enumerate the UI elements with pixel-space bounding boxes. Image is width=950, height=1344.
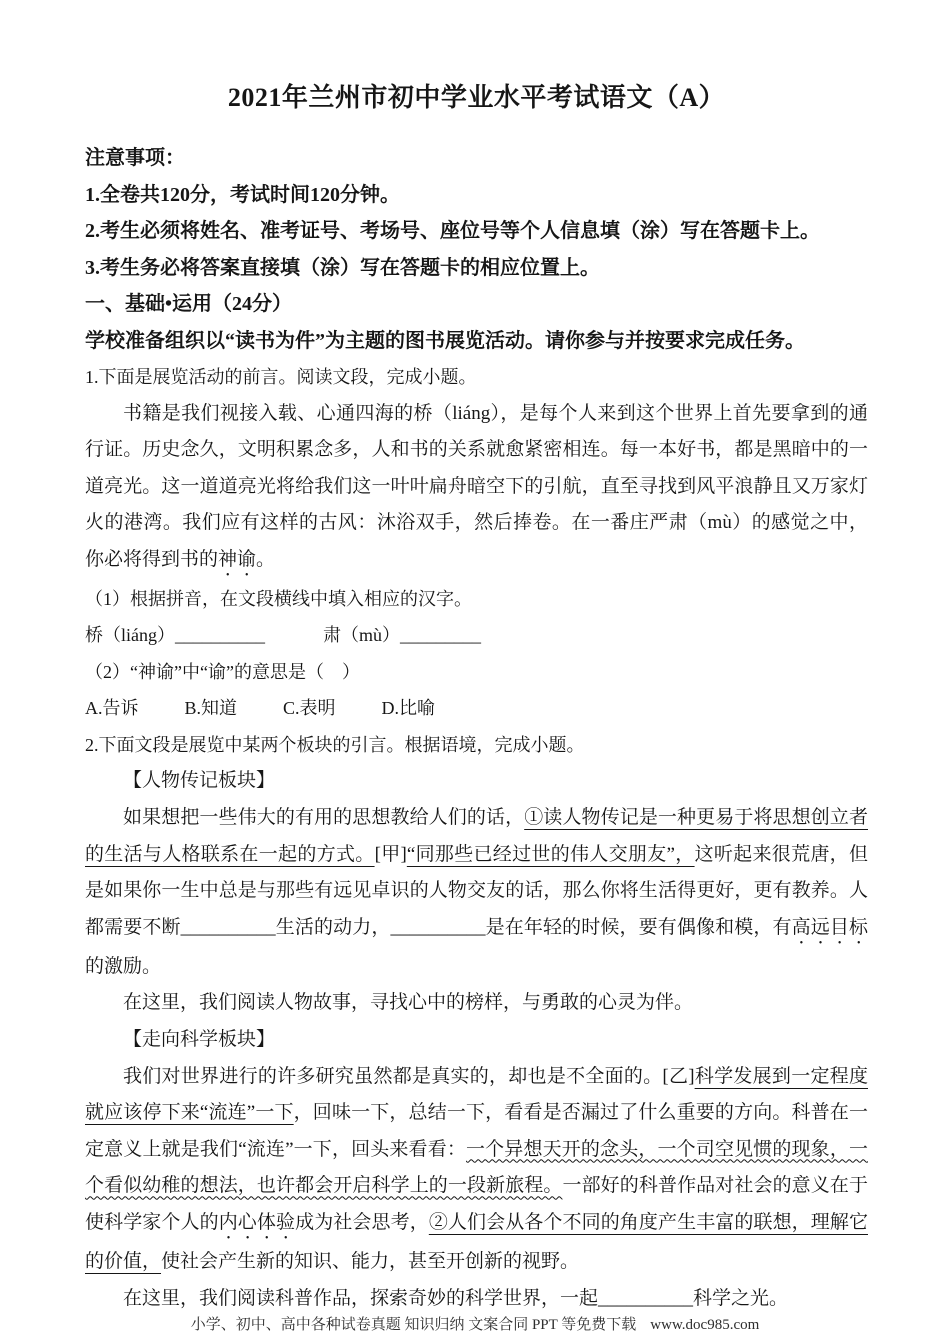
science-block-heading: 【走向科学板块】 — [85, 1022, 868, 1059]
question-1-lead: 1.下面是展览活动的前言。阅读文段，完成小题。 — [85, 359, 868, 396]
science-paragraph: 我们对世界进行的许多研究虽然都是真实的，却也是不全面的。[乙]科学发展到一定程度… — [85, 1059, 868, 1281]
section-heading: 一、基础•运用（24分） — [85, 286, 868, 323]
document-content: 2021年兰州市初中学业水平考试语文（A） 注意事项： 1.全卷共120分，考试… — [0, 0, 950, 1317]
science-closing: 在这里，我们阅读科普作品，探索奇妙的科学世界，一起__________科学之光。 — [85, 1281, 868, 1318]
option-c: C.表明 — [283, 690, 336, 727]
notice-heading: 注意事项： — [85, 140, 868, 177]
task-intro: 学校准备组织以“读书为件”为主题的图书展览活动。请你参与并按要求完成任务。 — [85, 323, 868, 360]
pinyin-blank-su: 肃（mù）_________ — [323, 617, 481, 654]
notice-item-1: 1.全卷共120分，考试时间120分钟。 — [85, 177, 868, 214]
option-b: B.知道 — [185, 690, 238, 727]
biography-closing: 在这里，我们阅读人物故事，寻找心中的榜样，与勇敢的心灵为伴。 — [85, 985, 868, 1022]
footer-text: 小学、初中、高中各种试卷真题 知识归纳 文案合同 PPT 等免费下载 — [191, 1317, 637, 1333]
footer-url: www.doc985.com — [650, 1317, 759, 1333]
exam-document-page: 2021年兰州市初中学业水平考试语文（A） 注意事项： 1.全卷共120分，考试… — [0, 0, 950, 1344]
sub-question-1-lead: （1）根据拼音，在文段横线中填入相应的汉字。 — [85, 581, 868, 618]
biography-block-heading: 【人物传记板块】 — [85, 763, 868, 800]
sub-question-2-lead: （2）“神谕”中“谕”的意思是（ ） — [85, 654, 868, 691]
option-d: D.比喻 — [382, 690, 436, 727]
biography-paragraph: 如果想把一些伟大的有用的思想教给人们的话，①读人物传记是一种更易于将思想创立者的… — [85, 800, 868, 985]
notice-item-3: 3.考生务必将答案直接填（涂）写在答题卡的相应位置上。 — [85, 250, 868, 287]
pinyin-blank-row: 桥（liáng）__________ 肃（mù）_________ — [85, 617, 868, 654]
option-a: A.告诉 — [85, 690, 139, 727]
notice-item-2: 2.考生必须将姓名、准考证号、考场号、座位号等个人信息填（涂）写在答题卡上。 — [85, 213, 868, 250]
pinyin-blank-qiao: 桥（liáng）__________ — [85, 617, 265, 654]
site-footer: 小学、初中、高中各种试卷真题 知识归纳 文案合同 PPT 等免费下载www.do… — [0, 1315, 950, 1335]
question-2-lead: 2.下面文段是展览中某两个板块的引言。根据语境，完成小题。 — [85, 727, 868, 764]
preface-paragraph: 书籍是我们视接入载、心通四海的桥（liáng），是每个人来到这个世界上首先要拿到… — [85, 396, 868, 581]
exam-title: 2021年兰州市初中学业水平考试语文（A） — [85, 78, 868, 118]
choice-options-row: A.告诉 B.知道 C.表明 D.比喻 — [85, 690, 868, 727]
